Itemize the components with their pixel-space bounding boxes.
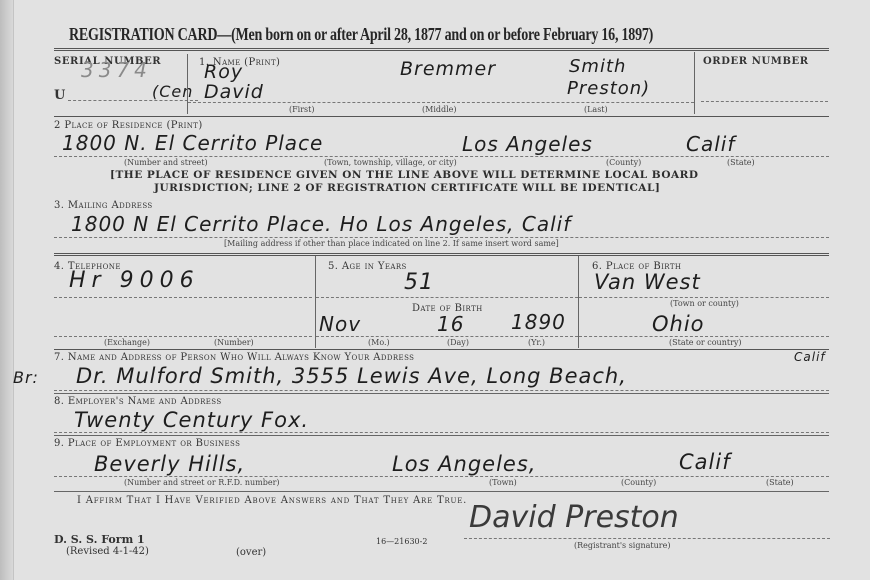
name-sub-middle: (Middle) [422, 105, 457, 114]
employment-sub-county: (County) [621, 478, 656, 487]
form-revised: (Revised 4-1-42) [66, 546, 149, 557]
order-number-line [701, 101, 828, 102]
dob-sub-year: (Yr.) [528, 338, 545, 347]
birthplace-state-line [579, 336, 829, 337]
contact-superscript: Calif [794, 350, 826, 364]
order-number-label: ORDER NUMBER [703, 56, 809, 67]
contact-margin-note: Br: [13, 368, 39, 387]
birthplace-town-line [579, 297, 829, 298]
residence-label: 2 Place of Residence (Print) [54, 120, 203, 131]
title-divider [54, 48, 829, 51]
form-number: D. S. S. Form 1 [54, 533, 145, 546]
telephone-divider [315, 256, 316, 348]
dob-line [316, 336, 578, 337]
form-over: (over) [236, 547, 266, 558]
residence-state: Calif [686, 132, 735, 156]
birthplace-state: Ohio [652, 312, 705, 336]
row7-divider [54, 393, 829, 394]
residence-sub-county: (County) [606, 158, 641, 167]
telephone-line [54, 297, 312, 298]
residence-sub-street: (Number and street) [124, 158, 208, 167]
form-code: 16—21630-2 [376, 537, 427, 546]
birthplace-town: Van West [594, 270, 701, 294]
employment-sub-street: (Number and street or R.F.D. number) [124, 478, 280, 487]
age-line [316, 297, 578, 298]
row3-divider [54, 253, 829, 256]
affirmation-text: I Affirm That I Have Verified Above Answ… [77, 495, 467, 506]
serial-divider [187, 54, 188, 114]
employment-place-state: Calif [679, 450, 731, 474]
name-first: Roy David [204, 62, 304, 102]
residence-notice-line2: JURISDICTION; LINE 2 OF REGISTRATION CER… [154, 182, 660, 195]
name-sub-last: (Last) [584, 105, 608, 114]
dob-month: Nov [319, 312, 361, 336]
row1-divider [54, 116, 829, 117]
row8-divider [54, 435, 829, 436]
dob-sub-day: (Day) [447, 338, 469, 347]
contact-value: Dr. Mulford Smith, 3555 Lewis Ave, Long … [76, 364, 627, 388]
dob-sub-month: (Mo.) [368, 338, 390, 347]
card-left-edge [0, 0, 14, 580]
mailing-value: 1800 N El Cerrito Place. Ho Los Angeles,… [71, 212, 571, 236]
residence-notice-line1: [THE PLACE OF RESIDENCE GIVEN ON THE LIN… [110, 169, 698, 182]
employment-place-label: 9. Place of Employment or Business [54, 438, 240, 449]
employer-line [54, 432, 829, 433]
employment-place-line [54, 476, 829, 477]
row4-divider [54, 349, 829, 350]
mailing-line [54, 237, 829, 238]
contact-label: 7. Name and Address of Person Who Will A… [54, 352, 414, 363]
telephone-value: Hr 9006 [69, 268, 200, 293]
name-last-line1: Smith [569, 56, 626, 77]
residence-town: Los Angeles [462, 132, 593, 156]
birthplace-sub-town: (Town or county) [670, 299, 739, 308]
signature-line [464, 538, 830, 539]
name-sub-first: (First) [289, 105, 315, 114]
dob-day: 16 [437, 312, 464, 336]
residence-sub-state: (State) [727, 158, 755, 167]
mailing-label: 3. Mailing Address [54, 200, 153, 211]
name-line [188, 102, 694, 103]
employment-place-town: Los Angeles, [392, 452, 536, 476]
name-middle: Bremmer [400, 58, 496, 80]
age-label: 5. Age in Years [328, 261, 407, 272]
telephone-sub-number: (Number) [214, 338, 254, 347]
employment-sub-state: (State) [766, 478, 794, 487]
dob-year: 1890 [511, 310, 566, 334]
employer-value: Twenty Century Fox. [74, 408, 309, 432]
age-value: 51 [404, 270, 434, 295]
residence-sub-town: (Town, township, village, or city) [324, 158, 457, 167]
age-divider [578, 256, 579, 348]
registration-card: REGISTRATION CARD—(Men born on or after … [14, 0, 870, 580]
order-divider [694, 52, 695, 114]
telephone-sub-line [54, 336, 312, 337]
signature-sub: (Registrant's signature) [574, 541, 670, 550]
telephone-sub-exchange: (Exchange) [104, 338, 150, 347]
residence-street: 1800 N. El Cerrito Place [62, 131, 323, 155]
employment-place-street: Beverly Hills, [94, 452, 245, 476]
serial-prefix: U [54, 88, 66, 103]
name-last-line2: Preston) [567, 78, 650, 99]
residence-line [54, 156, 829, 157]
employer-label: 8. Employer's Name and Address [54, 396, 222, 407]
card-title: REGISTRATION CARD—(Men born on or after … [69, 24, 653, 45]
employment-sub-town: (Town) [489, 478, 517, 487]
contact-line [54, 390, 829, 391]
serial-number-value: 3374 [81, 58, 152, 82]
registrant-signature: David Preston [469, 500, 679, 535]
mailing-sub: [Mailing address if other than place ind… [224, 239, 559, 248]
birthplace-sub-state: (State or country) [669, 338, 742, 347]
row9-divider [54, 491, 829, 492]
